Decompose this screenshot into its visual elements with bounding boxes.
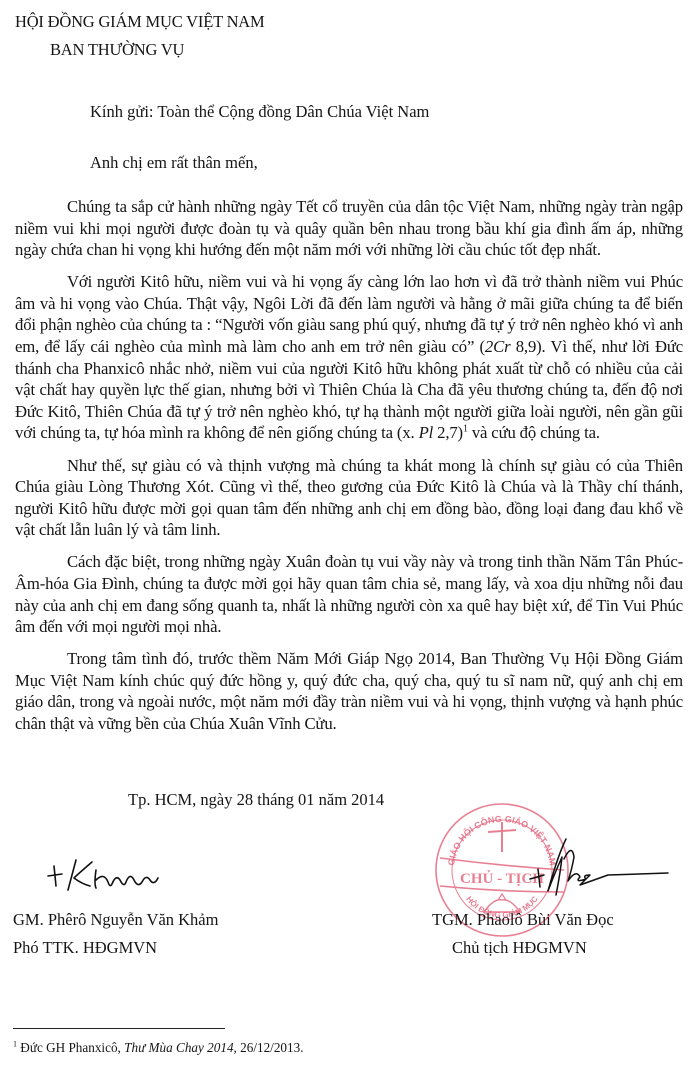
paragraph-4: Cách đặc biệt, trong những ngày Xuân đoà… bbox=[15, 551, 683, 637]
footnote: 1 Đức GH Phanxicô, Thư Mùa Chay 2014, 26… bbox=[13, 1040, 304, 1056]
signer-left-name: GM. Phêrô Nguyễn Văn Khảm bbox=[13, 910, 218, 930]
footnote-author: Đức GH Phanxicô, bbox=[17, 1040, 124, 1055]
paragraph-5: Trong tâm tình đó, trước thềm Năm Mới Gi… bbox=[15, 648, 683, 734]
signer-left-title: Phó TTK. HĐGMVN bbox=[13, 938, 157, 958]
signer-right-name: TGM. Phaolô Bùi Văn Đọc bbox=[432, 910, 614, 930]
signature-left-icon bbox=[40, 850, 180, 900]
scripture-ref-2cr: 2Cr bbox=[485, 337, 511, 356]
greeting-line: Anh chị em rất thân mến, bbox=[90, 153, 258, 173]
footnote-separator bbox=[13, 1028, 225, 1029]
addressee-line: Kính gửi: Toàn thể Cộng đồng Dân Chúa Vi… bbox=[90, 102, 429, 122]
footnote-work-title: Thư Mùa Chay 2014 bbox=[124, 1040, 233, 1055]
paragraph-3: Như thế, sự giàu có và thịnh vượng mà ch… bbox=[15, 455, 683, 541]
signer-right-title: Chủ tịch HĐGMVN bbox=[452, 938, 587, 958]
department-name: BAN THƯỜNG VỤ bbox=[50, 40, 184, 60]
letter-body: Chúng ta sắp cử hành những ngày Tết cổ t… bbox=[15, 196, 683, 745]
paragraph-2: Với người Kitô hữu, niềm vui và hi vọng … bbox=[15, 271, 683, 444]
scripture-ref-pl: Pl bbox=[419, 423, 434, 442]
date-line: Tp. HCM, ngày 28 tháng 01 năm 2014 bbox=[128, 790, 384, 810]
paragraph-2-text-c: 2,7) bbox=[433, 423, 463, 442]
paragraph-2-text-d: và cứu độ chúng ta. bbox=[468, 423, 600, 442]
footnote-date: , 26/12/2013. bbox=[234, 1040, 304, 1055]
organization-name: HỘI ĐỒNG GIÁM MỤC VIỆT NAM bbox=[15, 12, 264, 32]
paragraph-1: Chúng ta sắp cử hành những ngày Tết cổ t… bbox=[15, 196, 683, 261]
signature-right-icon bbox=[528, 835, 678, 915]
